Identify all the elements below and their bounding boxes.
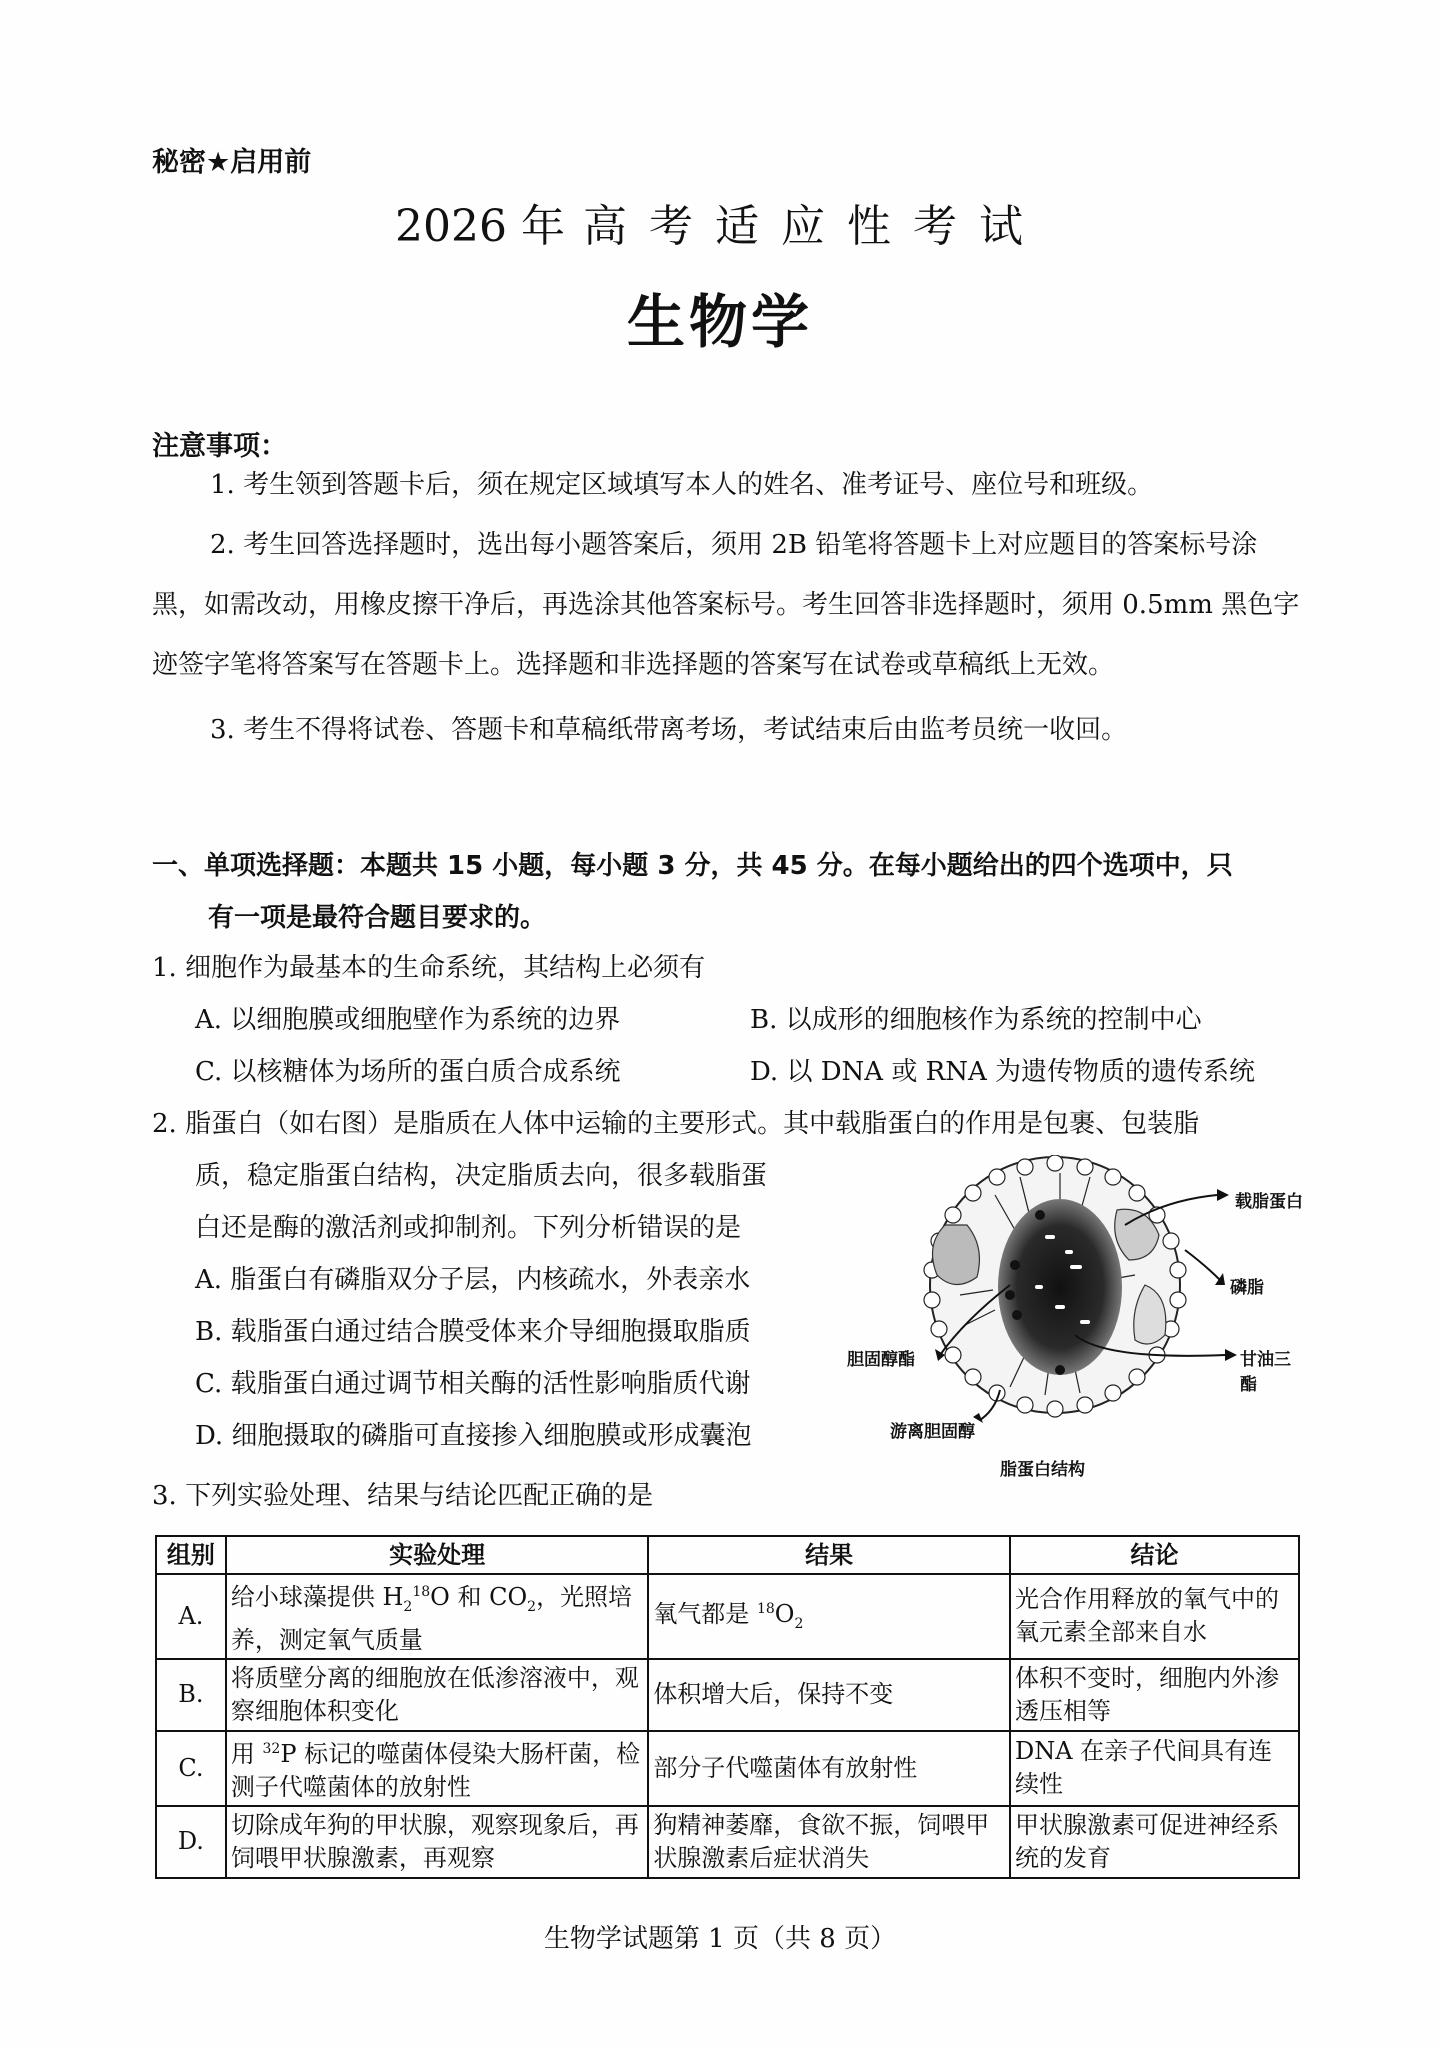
- label-apolipoprotein: 载脂蛋白: [1235, 1187, 1303, 1212]
- row-d-conclusion: 甲状腺激素可促进神经系统的发育: [1010, 1806, 1299, 1878]
- header-treatment: 实验处理: [226, 1536, 648, 1574]
- header-result: 结果: [648, 1536, 1010, 1574]
- question-1-options-row2: C. 以核糖体为场所的蛋白质合成系统 D. 以 DNA 或 RNA 为遗传物质的…: [195, 1046, 1305, 1098]
- question-2-stem-line3: 白还是酶的激活剂或抑制剂。下列分析错误的是: [195, 1202, 835, 1254]
- question-2-stem-line1: 2. 脂蛋白（如右图）是脂质在人体中运输的主要形式。其中载脂蛋白的作用是包裹、包…: [152, 1098, 1312, 1150]
- label-cholesteryl-ester: 胆固醇酯: [847, 1345, 915, 1370]
- row-d-result: 狗精神萎靡，食欲不振，饲喂甲状腺激素后症状消失: [648, 1806, 1010, 1878]
- section-heading-line2: 有一项是最符合题目要求的。: [152, 892, 1302, 944]
- page-footer: 生物学试题第 1 页（共 8 页）: [0, 1918, 1440, 1955]
- question-2-option-a[interactable]: A. 脂蛋白有磷脂双分子层，内核疏水，外表亲水: [195, 1254, 835, 1306]
- row-b-group[interactable]: B.: [156, 1659, 226, 1731]
- question-1-stem: 1. 细胞作为最基本的生命系统，其结构上必须有: [152, 942, 705, 994]
- table-header-row: 组别 实验处理 结果 结论: [156, 1536, 1299, 1574]
- row-d-treatment: 切除成年狗的甲状腺，观察现象后，再饲喂甲状腺激素，再观察: [226, 1806, 648, 1878]
- label-free-cholesterol: 游离胆固醇: [890, 1417, 975, 1442]
- row-b-treatment: 将质壁分离的细胞放在低渗溶液中，观察细胞体积变化: [226, 1659, 648, 1731]
- row-d-group[interactable]: D.: [156, 1806, 226, 1878]
- row-c-group[interactable]: C.: [156, 1731, 226, 1806]
- question-2-option-d[interactable]: D. 细胞摄取的磷脂可直接掺入细胞膜或形成囊泡: [195, 1410, 835, 1462]
- section-heading: 一、单项选择题：本题共 15 小题，每小题 3 分，共 45 分。在每小题给出的…: [152, 840, 1302, 944]
- notice-item-3: 3. 考生不得将试卷、答题卡和草稿纸带离考场，考试结束后由监考员统一收回。: [152, 700, 1302, 760]
- notice-item-1: 1. 考生领到答题卡后，须在规定区域填写本人的姓名、准考证号、座位号和班级。: [152, 455, 1302, 515]
- row-c-result: 部分子代噬菌体有放射性: [648, 1731, 1010, 1806]
- question-2-option-b[interactable]: B. 载脂蛋白通过结合膜受体来介导细胞摄取脂质: [195, 1306, 835, 1358]
- question-2-stem-line2: 质，稳定脂蛋白结构，决定脂质去向，很多载脂蛋: [195, 1150, 835, 1202]
- question-3-stem: 3. 下列实验处理、结果与结论匹配正确的是: [152, 1470, 653, 1522]
- figure-caption: 脂蛋白结构: [1000, 1455, 1085, 1480]
- header-group: 组别: [156, 1536, 226, 1574]
- header-conclusion: 结论: [1010, 1536, 1299, 1574]
- confidential-mark: 秘密★启用前: [152, 140, 311, 179]
- label-phospholipid: 磷脂: [1230, 1273, 1264, 1298]
- experiment-table: 组别 实验处理 结果 结论 A. 给小球藻提供 H218O 和 CO2，光照培养…: [155, 1535, 1300, 1879]
- exam-title-text: 高考适应性考试: [583, 201, 1045, 252]
- exam-title-year: 2026 年: [395, 201, 565, 252]
- row-a-result: 氧气都是 18O2: [648, 1574, 1010, 1659]
- question-2-option-c[interactable]: C. 载脂蛋白通过调节相关酶的活性影响脂质代谢: [195, 1358, 835, 1410]
- table-row: C. 用 32P 标记的噬菌体侵染大肠杆菌，检测子代噬菌体的放射性 部分子代噬菌…: [156, 1731, 1299, 1806]
- row-c-treatment: 用 32P 标记的噬菌体侵染大肠杆菌，检测子代噬菌体的放射性: [226, 1731, 648, 1806]
- question-1-options-row1: A. 以细胞膜或细胞壁作为系统的边界 B. 以成形的细胞核作为系统的控制中心: [195, 994, 1305, 1046]
- exam-title: 2026 年高考适应性考试: [0, 190, 1440, 254]
- notice-item-2: 2. 考生回答选择题时，选出每小题答案后，须用 2B 铅笔将答题卡上对应题目的答…: [152, 515, 1302, 695]
- question-1-option-c[interactable]: C. 以核糖体为场所的蛋白质合成系统: [195, 1046, 750, 1098]
- lipoprotein-figure: 载脂蛋白 磷脂 胆固醇酯 甘油三酯 游离胆固醇: [845, 1155, 1305, 1485]
- row-a-group[interactable]: A.: [156, 1574, 226, 1659]
- row-c-conclusion: DNA 在亲子代间具有连续性: [1010, 1731, 1299, 1806]
- section-heading-line1: 一、单项选择题：本题共 15 小题，每小题 3 分，共 45 分。在每小题给出的…: [152, 851, 1233, 881]
- question-1-option-d[interactable]: D. 以 DNA 或 RNA 为遗传物质的遗传系统: [750, 1046, 1305, 1098]
- row-b-result: 体积增大后，保持不变: [648, 1659, 1010, 1731]
- table-row: D. 切除成年狗的甲状腺，观察现象后，再饲喂甲状腺激素，再观察 狗精神萎靡，食欲…: [156, 1806, 1299, 1878]
- row-b-conclusion: 体积不变时，细胞内外渗透压相等: [1010, 1659, 1299, 1731]
- label-triglyceride: 甘油三酯: [1240, 1345, 1305, 1395]
- question-1-option-b[interactable]: B. 以成形的细胞核作为系统的控制中心: [750, 994, 1305, 1046]
- row-a-conclusion: 光合作用释放的氧气中的氧元素全部来自水: [1010, 1574, 1299, 1659]
- row-a-treatment: 给小球藻提供 H218O 和 CO2，光照培养，测定氧气质量: [226, 1574, 648, 1659]
- subject-title: 生物学: [0, 275, 1440, 359]
- table-row: B. 将质壁分离的细胞放在低渗溶液中，观察细胞体积变化 体积增大后，保持不变 体…: [156, 1659, 1299, 1731]
- table-row: A. 给小球藻提供 H218O 和 CO2，光照培养，测定氧气质量 氧气都是 1…: [156, 1574, 1299, 1659]
- question-1-option-a[interactable]: A. 以细胞膜或细胞壁作为系统的边界: [195, 994, 750, 1046]
